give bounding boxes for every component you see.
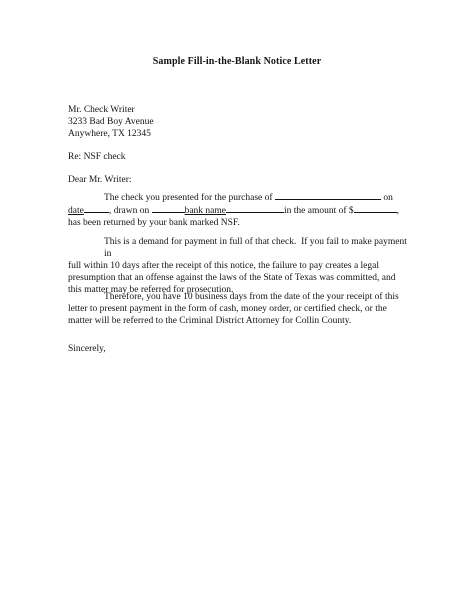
paragraph-1-line-3: has been returned by your bank marked NS… — [68, 217, 412, 229]
letter-page: Sample Fill-in-the-Blank Notice Letter M… — [0, 0, 474, 613]
p1-line1-text: The check you presented for the purchase… — [104, 193, 273, 203]
paragraph-1-line-1: The check you presented for the purchase… — [68, 191, 412, 204]
paragraph-3-line-3: matter will be referred to the Criminal … — [68, 315, 412, 327]
sender-name: Mr. Check Writer — [68, 104, 412, 116]
sender-street: 3233 Bad Boy Avenue — [68, 116, 412, 128]
letter-title: Sample Fill-in-the-Blank Notice Letter — [0, 56, 474, 68]
sender-city-state-zip: Anywhere, TX 12345 — [68, 128, 412, 140]
paragraph-3-line-2: letter to present payment in the form of… — [68, 303, 412, 315]
re-line: Re: NSF check — [68, 151, 412, 163]
bank-blank-line-right — [226, 204, 284, 213]
paragraph-2-line-3: presumption that an offense against the … — [68, 272, 412, 284]
date-blank-label: date — [68, 206, 84, 216]
p1-line2-mid: , drawn on — [109, 206, 149, 216]
paragraph-3-line-1: Therefore, you have 10 business days fro… — [68, 291, 412, 303]
paragraph-1: The check you presented for the purchase… — [68, 191, 412, 229]
purchase-blank-line — [275, 191, 381, 200]
paragraph-3: Therefore, you have 10 business days fro… — [68, 291, 412, 327]
p1-line2-amount: in the amount of $ — [284, 206, 354, 216]
sender-address-block: Mr. Check Writer 3233 Bad Boy Avenue Any… — [68, 104, 412, 140]
date-blank-line — [84, 204, 109, 213]
paragraph-2-line-2: full within 10 days after the receipt of… — [68, 260, 412, 272]
p1-line2-end: , — [397, 206, 399, 216]
paragraph-1-line-2: date, drawn on bank namein the amount of… — [68, 204, 412, 217]
paragraph-2: This is a demand for payment in full of … — [68, 236, 412, 296]
closing: Sincerely, — [68, 343, 412, 355]
bank-name-blank-label: bank name — [185, 206, 226, 216]
salutation: Dear Mr. Writer: — [68, 174, 412, 186]
paragraph-2-line-1: This is a demand for payment in full of … — [68, 236, 412, 260]
amount-blank-line — [354, 204, 397, 213]
p1-line1-end: on — [383, 193, 393, 203]
bank-blank-line-left — [152, 204, 185, 213]
